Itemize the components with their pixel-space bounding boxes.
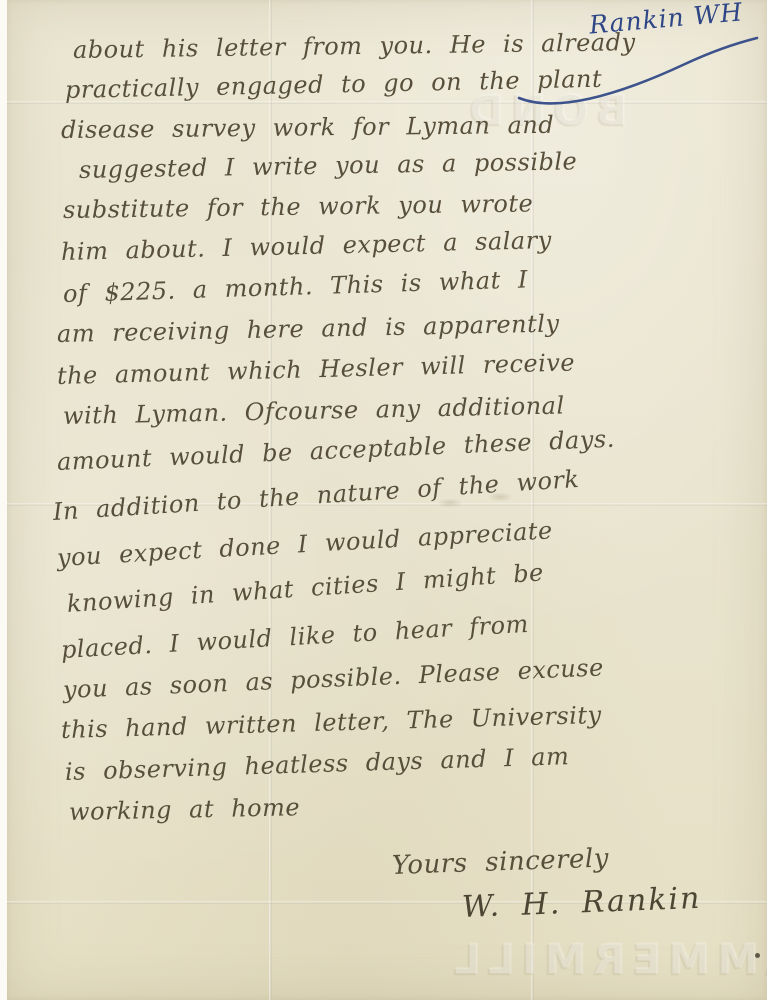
ink-speck: [755, 953, 760, 958]
paper-watermark-hammermill: HAMMERMILL: [447, 935, 767, 984]
letter-body: about his letter from you. He is already…: [57, 30, 747, 930]
letter-signature: W. H. Rankin: [461, 875, 747, 930]
paper-sheet: BOND HAMMERMILL about his letter from yo…: [7, 0, 767, 1000]
scanned-letter-page: BOND HAMMERMILL about his letter from yo…: [0, 0, 767, 1000]
